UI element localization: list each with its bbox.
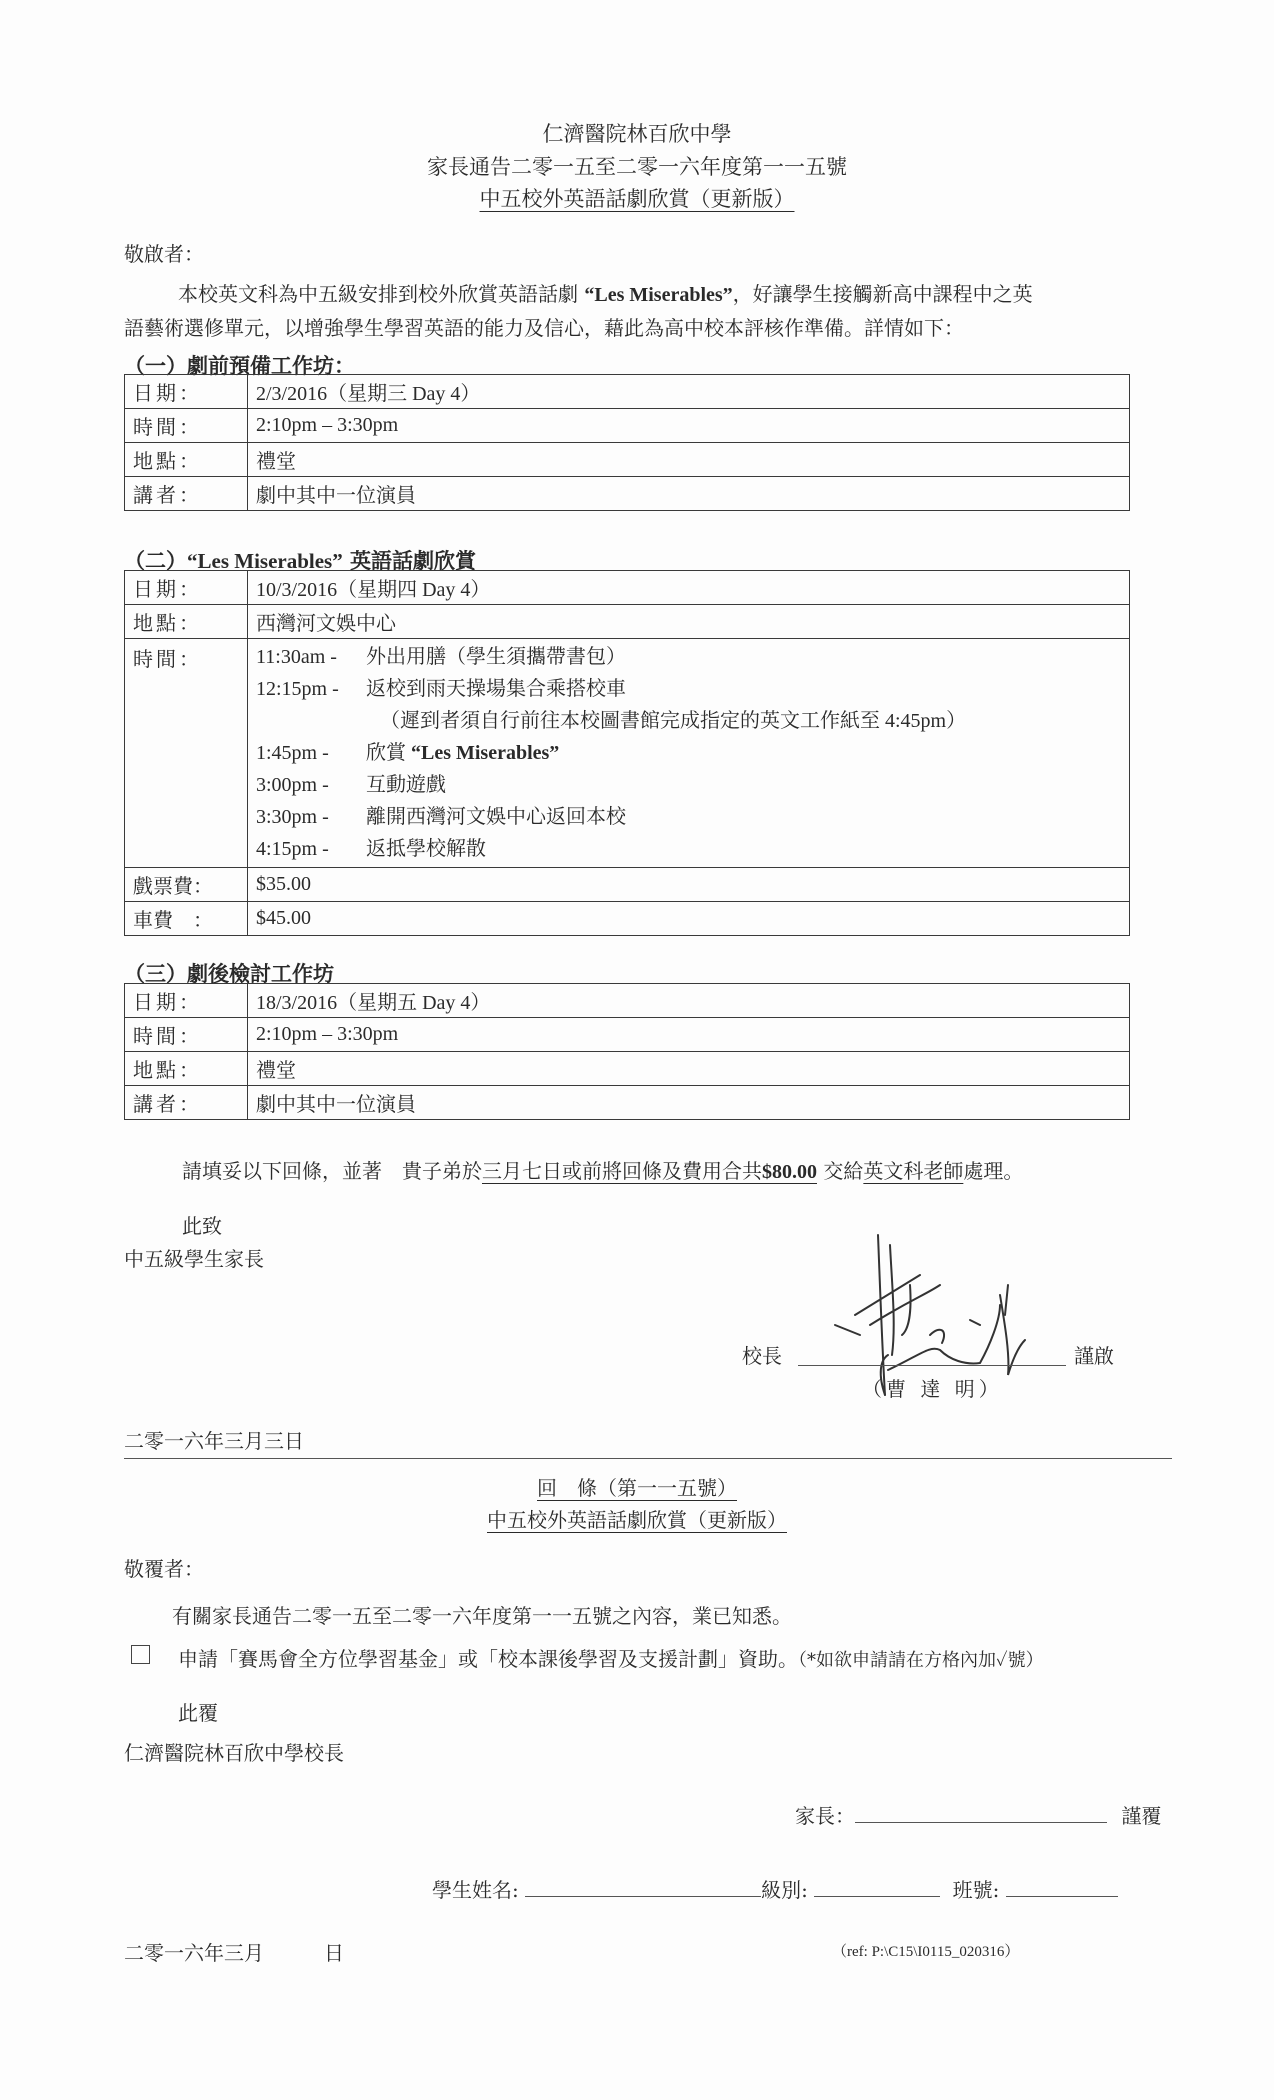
table-row: 日期：10/3/2016（星期四 Day 4） [125,571,1130,605]
play-title: “Les Miserables” [584,284,732,306]
ci-zhi: 此致 [182,1210,222,1239]
subsidy-note: （*如欲申請請在方格內加✓號） [798,1650,1044,1671]
schedule-desc: 返抵學校解散 [366,838,486,860]
ci-fu: 此覆 [178,1697,218,1726]
table-row: 時間： 11:30am -外出用膳（學生須攜帶書包） 12:15pm -返校到雨… [125,639,1130,868]
table-row: 地點：禮堂 [125,443,1130,477]
table-row: 講者：劇中其中一位演員 [125,1086,1130,1120]
principal-name: （曹 達 明） [862,1373,1003,1402]
signature-line [798,1365,1066,1366]
reply-slip-subtitle: 中五校外英語話劇欣賞（更新版） [0,1504,1274,1533]
notice-number: 家長通告二零一五至二零一六年度第一一五號 [0,151,1274,181]
schedule-time: 4:15pm - [256,833,366,865]
table-row: 講者：劇中其中一位演員 [125,477,1130,511]
student-name-input[interactable] [525,1876,761,1897]
ticket-fee: $35.00 [248,868,1130,902]
row-label: 車費 ： [125,902,248,936]
row-label: 日期： [125,571,248,605]
schedule-time: 3:00pm - [256,769,366,801]
table-row: 戲票費：$35.00 [125,868,1130,902]
row-label: 戲票費： [125,868,248,902]
class-input[interactable] [814,1876,940,1897]
parent-label: 家長： [795,1804,855,1828]
student-name-label: 學生姓名: [432,1878,519,1902]
schedule-item: （遲到者須自行前往本校圖書館完成指定的英文工作紙至 4:45pm） [256,705,1121,737]
row-label: 地點： [125,443,248,477]
post-workshop-table: 日期：18/3/2016（星期五 Day 4） 時間：2:10pm – 3:30… [124,983,1130,1120]
intro-text-cont: ，好讓學生接觸新高中課程中之英 [733,282,1033,306]
deadline-text: 三月七日或前將回條及費用合共 [482,1159,762,1183]
recipient: 中五級學生家長 [124,1243,264,1272]
schedule-time: 3:30pm - [256,801,366,833]
schedule-item: 1:45pm -欣賞 “Les Miserables” [256,737,1121,769]
table-row: 地點：禮堂 [125,1052,1130,1086]
reply-date: 二零一六年三月 日 [124,1937,344,1966]
reply-slip-title: 回 條（第一一五號） [0,1472,1274,1501]
row-value: 禮堂 [248,443,1130,477]
row-label: 時間： [125,639,248,868]
row-value: 2:10pm – 3:30pm [248,409,1130,443]
acknowledgement: 有關家長通告二零一五至二零一六年度第一一五號之內容，業已知悉。 [172,1600,792,1629]
table-row: 日期：18/3/2016（星期五 Day 4） [125,984,1130,1018]
subsidy-checkbox[interactable] [131,1645,150,1664]
school-name: 仁濟醫院林百欣中學 [0,118,1274,148]
salutation: 敬啟者： [124,238,204,267]
schedule-cell: 11:30am -外出用膳（學生須攜帶書包） 12:15pm -返校到雨天操場集… [248,639,1130,868]
schedule-time: 11:30am - [256,641,366,673]
reference-code: （ref: P:\C15\I0115_020316） [832,1940,1019,1961]
schedule-time: 1:45pm - [256,737,366,769]
schedule-note: （遲到者須自行前往本校圖書館完成指定的英文工作紙至 4:45pm） [380,710,966,732]
play-title: “Les Miserables” [411,742,559,764]
total-amount: $80.00 [762,1161,817,1183]
row-label: 地點： [125,1052,248,1086]
schedule-desc: 欣賞 [366,742,411,764]
tear-off-divider [124,1458,1172,1459]
row-label: 講者： [125,1086,248,1120]
instructions-text: 請填妥以下回條，並著 貴子弟於 [182,1159,482,1183]
row-label: 日期： [125,984,248,1018]
table-row: 日期：2/3/2016（星期三 Day 4） [125,375,1130,409]
class-label: 級別: [761,1878,808,1902]
class-no-input[interactable] [1006,1876,1118,1897]
parent-signature-input[interactable] [855,1802,1107,1823]
row-value: 10/3/2016（星期四 Day 4） [248,571,1130,605]
principal-sign-off: 謹啟 [1074,1340,1114,1369]
intro-line-1: 本校英文科為中五級安排到校外欣賞英語話劇 “Les Miserables”，好讓… [178,278,1033,307]
parent-signature-field: 家長： 謹覆 [795,1800,1161,1829]
schedule-item: 3:30pm -離開西灣河文娛中心返回本校 [256,801,1121,833]
notice-title-text: 中五校外英語話劇欣賞（更新版） [480,187,795,211]
schedule-time: 12:15pm - [256,673,366,705]
schedule-item: 11:30am -外出用膳（學生須攜帶書包） [256,641,1121,673]
subsidy-application: 申請「賽馬會全方位學習基金」或「校本課後學習及支援計劃」資助。（*如欲申請請在方… [178,1643,1044,1672]
instructions: 請填妥以下回條，並著 貴子弟於三月七日或前將回條及費用合共$80.00 交給英文… [182,1155,1023,1184]
row-value: 18/3/2016（星期五 Day 4） [248,984,1130,1018]
schedule-desc: 外出用膳（學生須攜帶書包） [366,646,626,668]
schedule-desc: 返校到雨天操場集合乘搭校車 [366,678,626,700]
table-row: 時間：2:10pm – 3:30pm [125,409,1130,443]
row-value: 2:10pm – 3:30pm [248,1018,1130,1052]
schedule-desc: 離開西灣河文娛中心返回本校 [366,806,626,828]
row-value: 劇中其中一位演員 [248,477,1130,511]
play-table: 日期：10/3/2016（星期四 Day 4） 地點：西灣河文娛中心 時間： 1… [124,570,1130,936]
pre-workshop-table: 日期：2/3/2016（星期三 Day 4） 時間：2:10pm – 3:30p… [124,374,1130,511]
schedule-item: 12:15pm -返校到雨天操場集合乘搭校車 [256,673,1121,705]
schedule-item: 3:00pm -互動遊戲 [256,769,1121,801]
notice-title: 中五校外英語話劇欣賞（更新版） [0,183,1274,213]
row-label: 時間： [125,409,248,443]
reply-recipient: 仁濟醫院林百欣中學校長 [124,1737,344,1766]
bus-fee: $45.00 [248,902,1130,936]
reply-slip-title-text: 回 條（第一一五號） [537,1476,737,1500]
principal-label: 校長 [742,1340,782,1369]
row-value: 禮堂 [248,1052,1130,1086]
row-label: 時間： [125,1018,248,1052]
row-label: 日期： [125,375,248,409]
parent-sign-off: 謹覆 [1121,1804,1161,1828]
intro-line-2: 語藝術選修單元，以增強學生學習英語的能力及信心，藉此為高中校本評核作準備。詳情如… [124,312,964,341]
row-value: 西灣河文娛中心 [248,605,1130,639]
row-value: 劇中其中一位演員 [248,1086,1130,1120]
instructions-text: 處理。 [963,1159,1023,1183]
table-row: 地點：西灣河文娛中心 [125,605,1130,639]
intro-text: 本校英文科為中五級安排到校外欣賞英語話劇 [178,282,584,306]
student-info-fields: 學生姓名: 級別: 班號: [432,1874,1118,1903]
teacher-text: 英文科老師 [863,1159,963,1183]
notice-date: 二零一六年三月三日 [124,1425,304,1454]
reply-slip-subtitle-text: 中五校外英語話劇欣賞（更新版） [487,1508,787,1532]
instructions-text: 交給 [817,1159,863,1183]
schedule-desc: 互動遊戲 [366,774,446,796]
table-row: 車費 ：$45.00 [125,902,1130,936]
schedule-item: 4:15pm -返抵學校解散 [256,833,1121,865]
table-row: 時間：2:10pm – 3:30pm [125,1018,1130,1052]
row-value: 2/3/2016（星期三 Day 4） [248,375,1130,409]
subsidy-text: 申請「賽馬會全方位學習基金」或「校本課後學習及支援計劃」資助。 [178,1647,798,1671]
row-label: 地點： [125,605,248,639]
class-no-label: 班號: [953,1878,1000,1902]
reply-salutation: 敬覆者： [124,1553,204,1582]
row-label: 講者： [125,477,248,511]
